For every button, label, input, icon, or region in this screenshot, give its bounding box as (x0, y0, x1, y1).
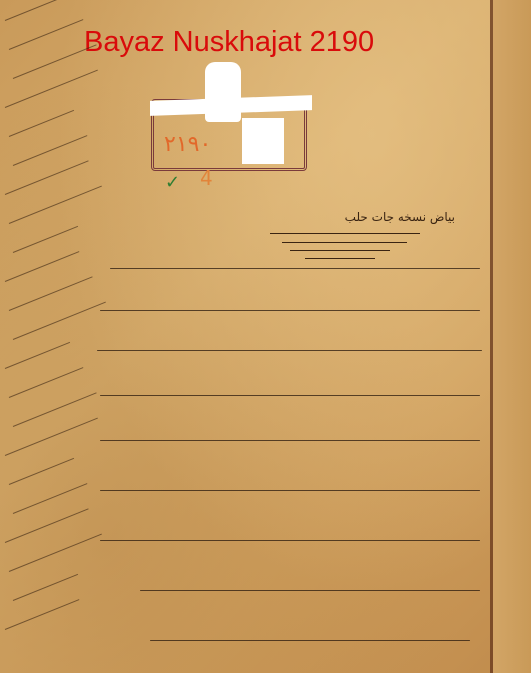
margin-note-line (9, 186, 102, 224)
margin-note-line (13, 574, 78, 601)
redaction-mask (242, 118, 284, 164)
stamp-number: ۲۱۹۰ (164, 132, 211, 157)
margin-note-line (9, 534, 102, 572)
page-edge (493, 0, 531, 673)
margin-note-line (5, 599, 80, 630)
script-line (100, 540, 480, 541)
margin-note-line (9, 19, 84, 50)
underline (270, 233, 420, 234)
margin-note-line (13, 226, 78, 253)
script-line (100, 490, 480, 491)
manuscript-page: Bayaz Nuskhajat 2190 ۲۱۹۰ ✓ 4 بیاض نسخه … (0, 0, 531, 673)
underline (282, 242, 407, 243)
margin-note-line (9, 110, 74, 137)
margin-note-line (5, 508, 89, 543)
margin-note-line (9, 276, 93, 311)
margin-note-line (5, 251, 80, 282)
orange-number-mark: 4 (200, 166, 213, 190)
margin-note-line (5, 0, 70, 21)
script-line (100, 440, 480, 441)
margin-note-line (5, 342, 70, 369)
green-check-mark: ✓ (165, 172, 180, 193)
margin-note-line (9, 458, 74, 485)
margin-note-line (9, 367, 84, 398)
margin-note-line (5, 160, 89, 195)
caption-text: بیاض نسخه جات حلب (275, 210, 455, 224)
script-line (100, 310, 480, 311)
fold-line (490, 0, 493, 673)
margin-note-line (13, 302, 106, 340)
underline (305, 258, 375, 259)
script-line (140, 590, 480, 591)
script-line (100, 395, 480, 396)
script-line (97, 350, 482, 351)
script-line (110, 268, 480, 269)
overlay-title: Bayaz Nuskhajat 2190 (84, 26, 420, 59)
underline (290, 250, 390, 251)
margin-note-line (13, 135, 88, 166)
script-line (150, 640, 470, 641)
margin-note-line (13, 483, 88, 514)
